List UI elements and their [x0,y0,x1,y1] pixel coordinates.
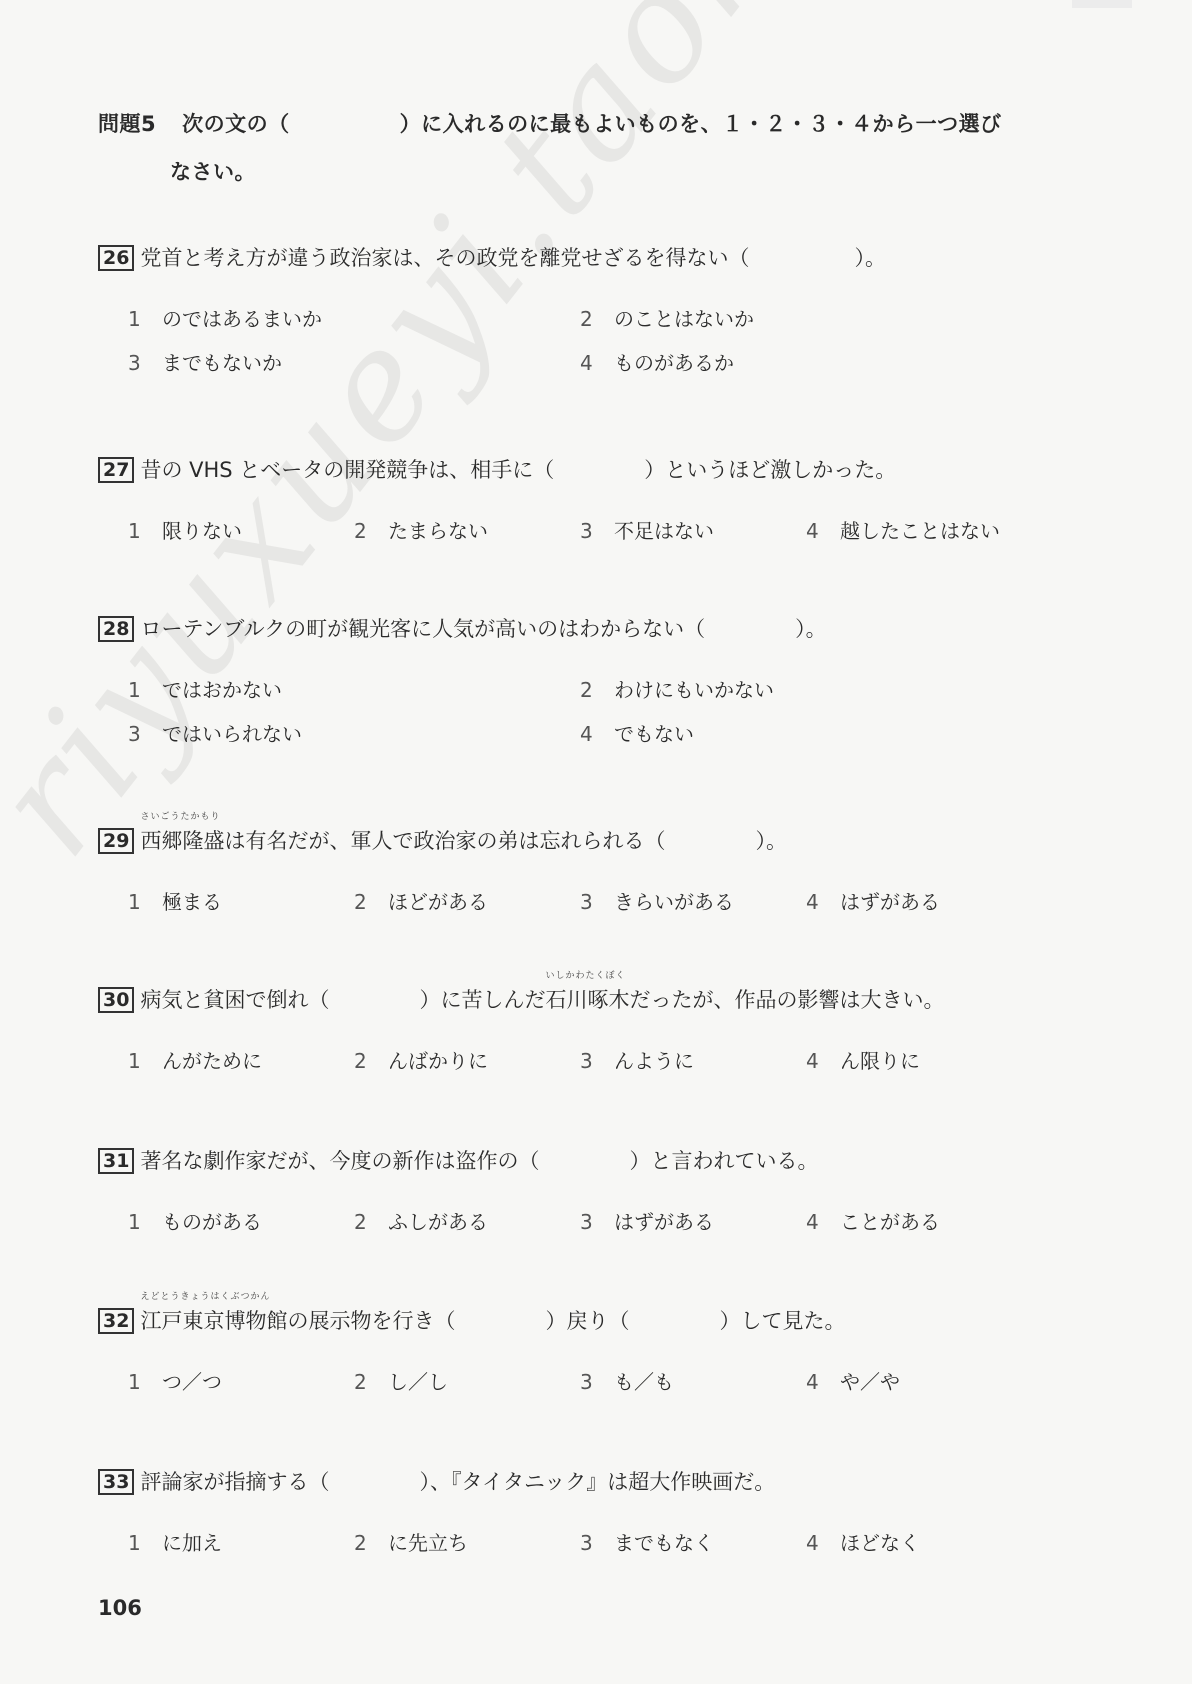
question-number: 30 [98,987,134,1013]
option-3[interactable]: 3はずがある [550,1208,714,1236]
question-33: 33評論家が指摘する（）、『タイタニック』は超大作映画だ。 1に加え 2に先立ち… [98,1467,1108,1529]
option-1[interactable]: 1に加え [98,1529,222,1557]
instruction-line-2: なさい。 [98,148,1108,196]
question-32: 32えどとうきょうはくぶつかん江戸東京博物館の展示物を行き（）戻り（）して見た。… [98,1306,1108,1368]
furigana: えどとうきょうはくぶつかん [140,1292,270,1302]
question-number: 26 [98,245,134,271]
question-number: 27 [98,457,134,483]
option-3[interactable]: 3までもなく [550,1529,714,1557]
section-label: 問題5 [98,100,156,148]
option-3[interactable]: 3ではいられない [98,720,302,748]
option-2[interactable]: 2んばかりに [324,1047,488,1075]
option-2[interactable]: 2ほどがある [324,888,488,916]
stem-text-middle: ）戻り（ [545,1309,629,1333]
ruby-name: さいごうたかもり西郷隆盛 [140,826,224,856]
stem-text-end: ）。 [755,829,787,853]
stem-text: ローテンブルクの町が観光客に人気が高いのはわからない（ [140,617,705,641]
option-1[interactable]: 1限りない [98,517,242,545]
stem-text: 昔の VHS とベータの開発競争は、相手に（ [140,458,554,482]
question-30: 30病気と貧困で倒れ（）に苦しんだいしかわたくぼく石川啄木だったが、作品の影響は… [98,985,1108,1047]
stem-text: の展示物を行き（ [287,1309,455,1333]
option-1[interactable]: 1んがために [98,1047,262,1075]
question-stem: 28ローテンブルクの町が観光客に人気が高いのはわからない（）。 [98,614,1108,644]
stem-text-end: ）。 [795,617,827,641]
option-2[interactable]: 2し／し [324,1368,448,1396]
stem-text: 著名な劇作家だが、今度の新作は盗作の（ [140,1149,539,1173]
option-3[interactable]: 3んように [550,1047,694,1075]
option-2[interactable]: 2ふしがある [324,1208,488,1236]
stem-text: は有名だが、軍人で政治家の弟は忘れられる（ [224,829,665,853]
question-number: 31 [98,1148,134,1174]
question-29: 29さいごうたかもり西郷隆盛は有名だが、軍人で政治家の弟は忘れられる（）。 1極… [98,826,1108,888]
question-stem: 27昔の VHS とベータの開発競争は、相手に（）というほど激しかった。 [98,455,1108,485]
option-3[interactable]: 3きらいがある [550,888,734,916]
question-27: 27昔の VHS とベータの開発競争は、相手に（）というほど激しかった。 1限り… [98,455,1108,517]
workbook-page: riyuxueyi.taobao.com 問題5次の文の（）に入れるのに最もよい… [0,0,1192,1684]
page-corner-mark [1072,0,1132,8]
instruction-text-before: 次の文の（ [182,112,290,136]
option-4[interactable]: 4ん限りに [776,1047,920,1075]
stem-text: 病気と貧困で倒れ（ [140,988,329,1012]
question-stem: 32えどとうきょうはくぶつかん江戸東京博物館の展示物を行き（）戻り（）して見た。 [98,1306,1108,1336]
stem-text-end: ）というほど激しかった。 [644,458,896,482]
stem-text-middle: ）に苦しんだ [419,988,545,1012]
option-3[interactable]: 3も／も [550,1368,674,1396]
question-number: 33 [98,1469,134,1495]
question-stem: 29さいごうたかもり西郷隆盛は有名だが、軍人で政治家の弟は忘れられる（）。 [98,826,1108,856]
option-4[interactable]: 4でもない [550,720,694,748]
page-number: 106 [98,1596,142,1620]
option-2[interactable]: 2のことはないか [550,305,754,333]
stem-text-end: ）して見た。 [719,1309,845,1333]
option-1[interactable]: 1ではおかない [98,676,282,704]
question-26: 26党首と考え方が違う政治家は、その政党を離党せざるを得ない（）。 1のではある… [98,243,1108,305]
question-28: 28ローテンブルクの町が観光客に人気が高いのはわからない（）。 1ではおかない … [98,614,1108,676]
stem-text: 党首と考え方が違う政治家は、その政党を離党せざるを得ない（ [140,246,749,270]
ruby-name: いしかわたくぼく石川啄木 [545,985,629,1015]
question-stem: 31著名な劇作家だが、今度の新作は盗作の（）と言われている。 [98,1146,1108,1176]
stem-text-end: ）、『タイタニック』は超大作映画だ。 [419,1470,775,1494]
question-number: 28 [98,616,134,642]
question-stem: 30病気と貧困で倒れ（）に苦しんだいしかわたくぼく石川啄木だったが、作品の影響は… [98,985,1108,1015]
option-1[interactable]: 1極まる [98,888,222,916]
stem-text: 評論家が指摘する（ [140,1470,329,1494]
ruby-name: えどとうきょうはくぶつかん江戸東京博物館 [140,1306,287,1336]
option-2[interactable]: 2たまらない [324,517,488,545]
option-2[interactable]: 2わけにもいかない [550,676,774,704]
option-4[interactable]: 4はずがある [776,888,940,916]
option-1[interactable]: 1のではあるまいか [98,305,322,333]
section-instruction: 問題5次の文の（）に入れるのに最もよいものを、１・２・３・４から一つ選び なさい… [98,100,1108,196]
question-number: 32 [98,1308,134,1334]
option-4[interactable]: 4ものがあるか [550,349,734,377]
stem-text-end: だったが、作品の影響は大きい。 [629,988,944,1012]
option-4[interactable]: 4ほどなく [776,1529,920,1557]
instruction-text-after: ）に入れるのに最もよいものを、１・２・３・４から一つ選び [400,112,1002,136]
option-2[interactable]: 2に先立ち [324,1529,468,1557]
stem-text-end: ）。 [854,246,886,270]
option-4[interactable]: 4越したことはない [776,517,1000,545]
option-4[interactable]: 4や／や [776,1368,900,1396]
option-3[interactable]: 3不足はない [550,517,714,545]
stem-text-end: ）と言われている。 [629,1149,818,1173]
question-31: 31著名な劇作家だが、今度の新作は盗作の（）と言われている。 1ものがある 2ふ… [98,1146,1108,1208]
furigana: さいごうたかもり [140,812,220,822]
question-number: 29 [98,828,134,854]
option-1[interactable]: 1ものがある [98,1208,262,1236]
question-stem: 26党首と考え方が違う政治家は、その政党を離党せざるを得ない（）。 [98,243,1108,273]
furigana: いしかわたくぼく [545,971,625,981]
option-4[interactable]: 4ことがある [776,1208,940,1236]
question-stem: 33評論家が指摘する（）、『タイタニック』は超大作映画だ。 [98,1467,1108,1497]
option-1[interactable]: 1つ／つ [98,1368,222,1396]
option-3[interactable]: 3までもないか [98,349,282,377]
